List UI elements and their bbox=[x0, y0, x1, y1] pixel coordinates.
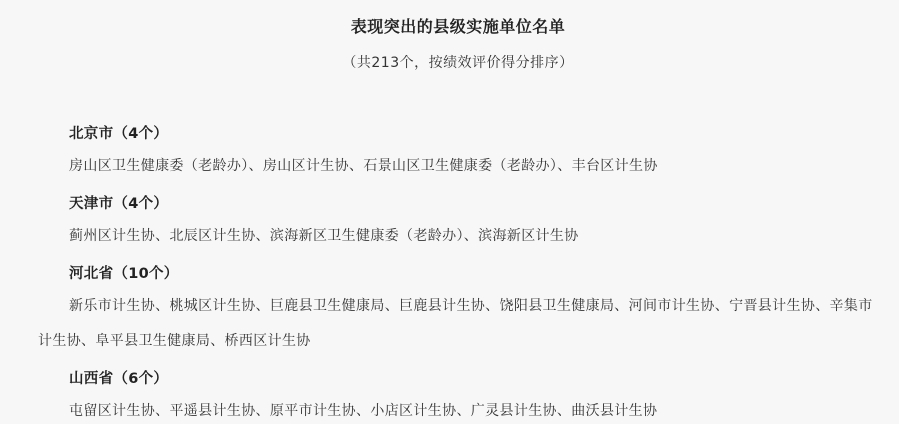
section-heading-hebei: 河北省（10个） bbox=[69, 262, 179, 283]
section-entries-hebei: 新乐市计生协、桃城区计生协、巨鹿县卫生健康局、巨鹿县计生协、饶阳县卫生健康局、河… bbox=[38, 289, 880, 359]
document-title: 表现突出的县级实施单位名单 bbox=[0, 14, 899, 37]
section-entries-shanxi: 屯留区计生协、平遥县计生协、原平市计生协、小店区计生协、广灵县计生协、曲沃县计生… bbox=[38, 394, 880, 424]
section-entries-beijing: 房山区卫生健康委（老龄办）、房山区计生协、石景山区卫生健康委（老龄办）、丰台区计… bbox=[38, 149, 880, 184]
document-subtitle: （共213个，按绩效评价得分排序） bbox=[0, 52, 899, 72]
section-heading-beijing: 北京市（4个） bbox=[69, 122, 168, 143]
section-heading-shanxi: 山西省（6个） bbox=[69, 367, 168, 388]
section-entries-tianjin: 蓟州区计生协、北辰区计生协、滨海新区卫生健康委（老龄办）、滨海新区计生协 bbox=[38, 219, 880, 254]
section-heading-tianjin: 天津市（4个） bbox=[69, 192, 168, 213]
